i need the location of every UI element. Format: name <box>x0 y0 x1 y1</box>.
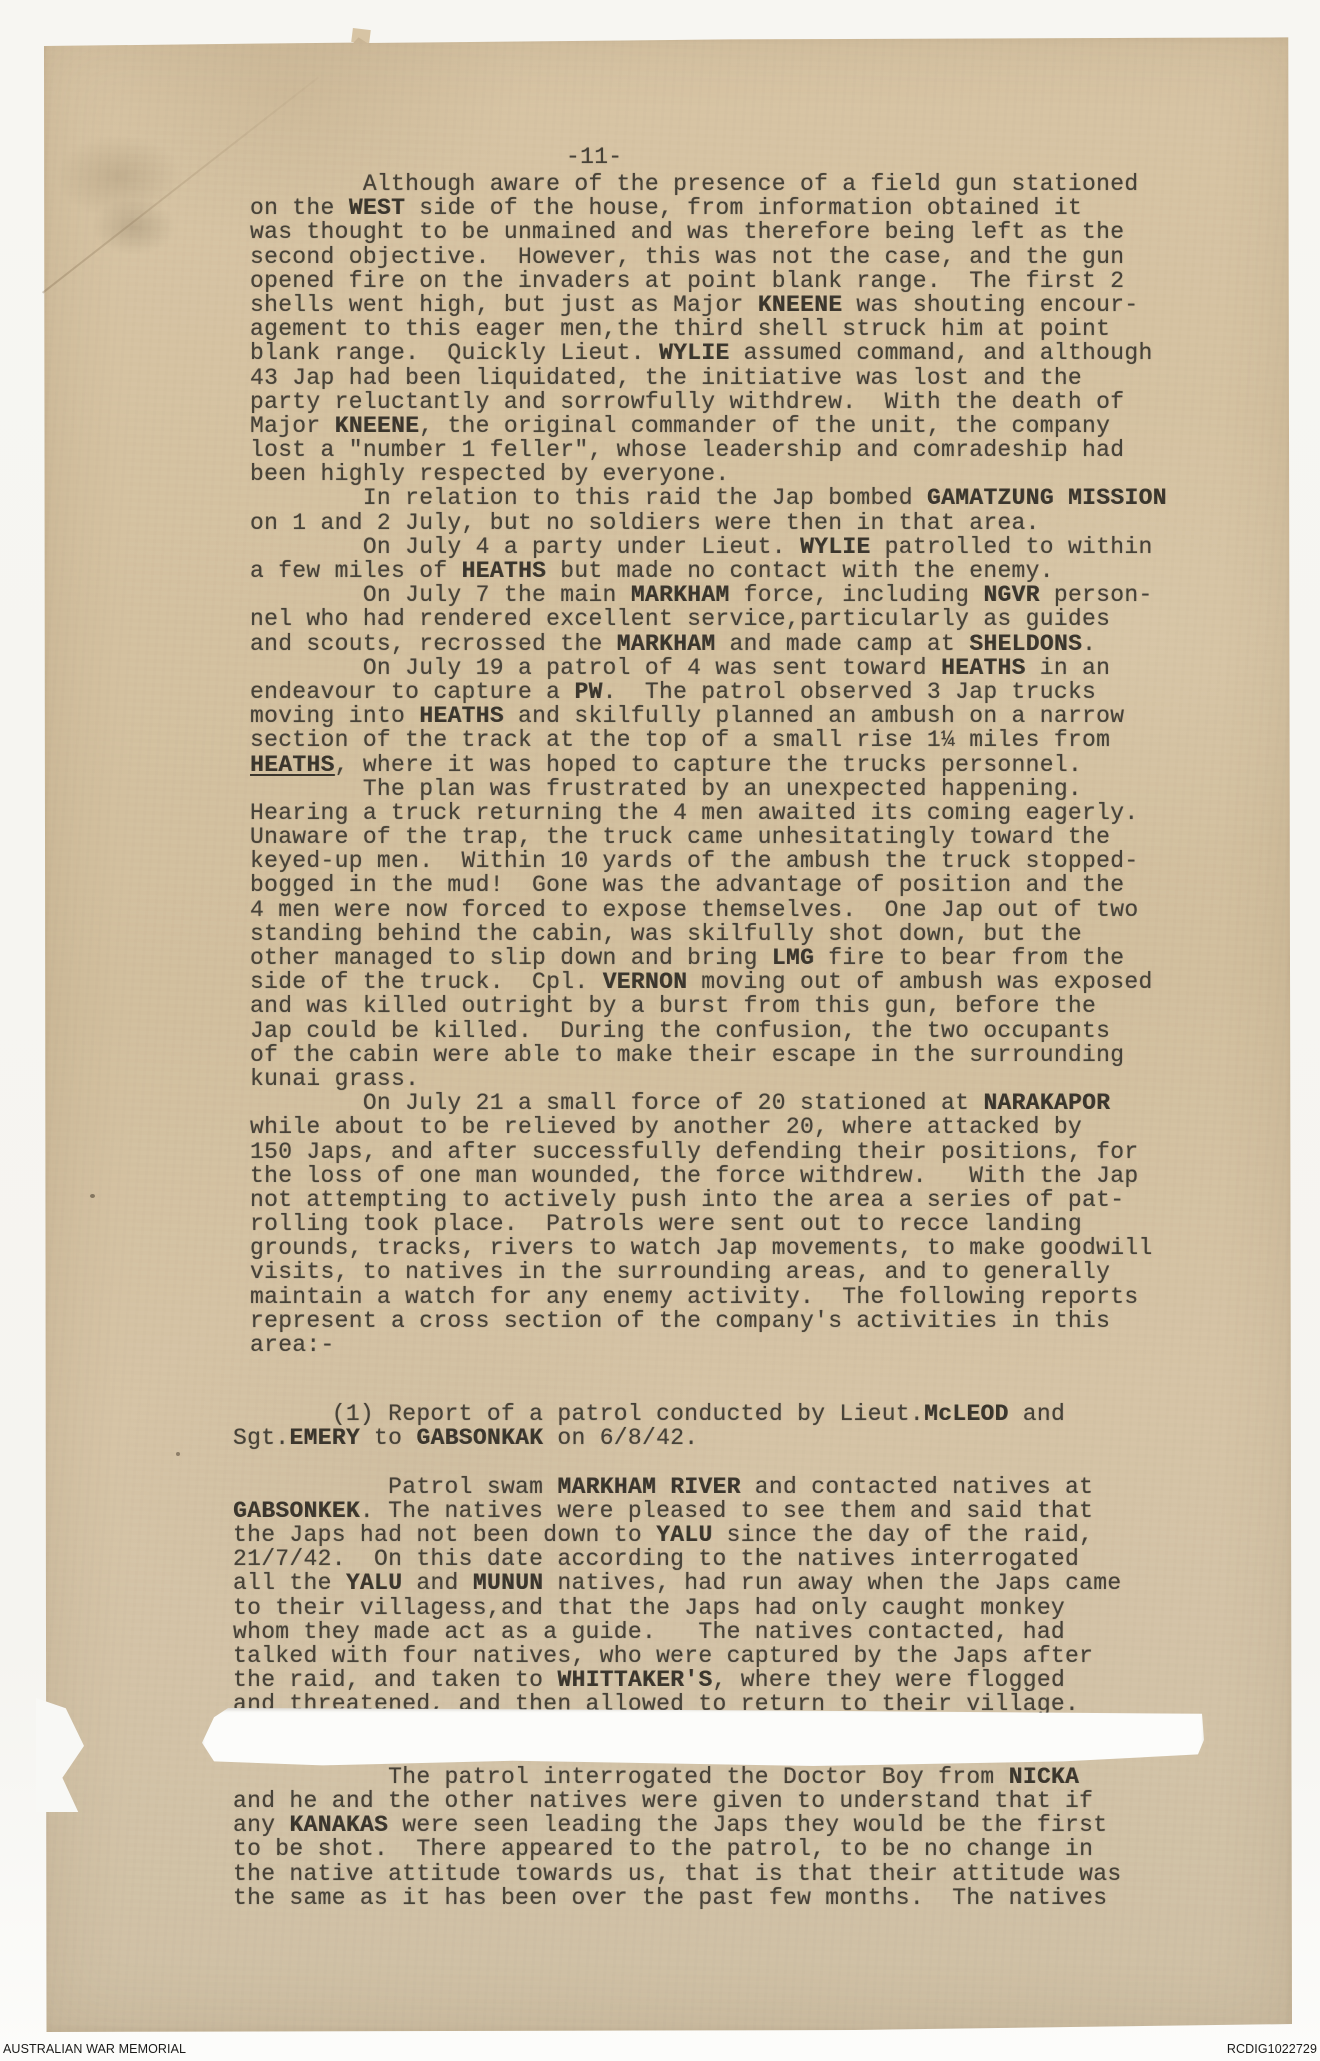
text-line: opened fire on the invaders at point bla… <box>250 269 1167 293</box>
text-line: talked with four natives, who were captu… <box>233 1644 1121 1668</box>
text-line: maintain a watch for any enemy activity.… <box>250 1285 1167 1309</box>
text-line: section of the track at the top of a sma… <box>250 728 1167 752</box>
text-line: Hearing a truck returning the 4 men awai… <box>250 801 1167 825</box>
text-line: the same as it has been over the past fe… <box>233 1886 1121 1910</box>
text-line <box>233 1450 1121 1474</box>
text-line: visits, to natives in the surrounding ar… <box>250 1260 1167 1284</box>
text-line: rolling took place. Patrols were sent ou… <box>250 1212 1167 1236</box>
text-line: Although aware of the presence of a fiel… <box>250 172 1167 196</box>
text-line: whom they made act as a guide. The nativ… <box>233 1620 1121 1644</box>
text-line: Jap could be killed. During the confusio… <box>250 1019 1167 1043</box>
text-line: second objective. However, this was not … <box>250 245 1167 269</box>
text-line: HEATHS, where it was hoped to capture th… <box>250 753 1167 777</box>
text-line: Major KNEENE, the original commander of … <box>250 414 1167 438</box>
text-line: endeavour to capture a PW. The patrol ob… <box>250 680 1167 704</box>
paper-stain <box>176 1452 180 1456</box>
document-scan: -11- Although aware of the presence of a… <box>0 0 1320 2061</box>
text-line: the native attitude towards us, that is … <box>233 1862 1121 1886</box>
text-line: On July 19 a patrol of 4 was sent toward… <box>250 656 1167 680</box>
text-line: nel who had rendered excellent service,p… <box>250 607 1167 631</box>
text-line: while about to be relieved by another 20… <box>250 1115 1167 1139</box>
text-line: the raid, and taken to WHITTAKER'S, wher… <box>233 1668 1121 1692</box>
text-line: all the YALU and MUNUN natives, had run … <box>233 1571 1121 1595</box>
text-line: other managed to slip down and bring LMG… <box>250 946 1167 970</box>
text-line: shells went high, but just as Major KNEE… <box>250 293 1167 317</box>
text-line: on 1 and 2 July, but no soldiers were th… <box>250 511 1167 535</box>
text-line: bogged in the mud! Gone was the advantag… <box>250 873 1167 897</box>
text-line: and was killed outright by a burst from … <box>250 994 1167 1018</box>
paper-stain <box>90 1194 95 1198</box>
text-line: moving into HEATHS and skilfully planned… <box>250 704 1167 728</box>
correction-strip <box>202 1708 1204 1766</box>
text-line: grounds, tracks, rivers to watch Jap mov… <box>250 1236 1167 1260</box>
text-line: The plan was frustrated by an unexpected… <box>250 777 1167 801</box>
text-line: GABSONKEK. The natives were pleased to s… <box>233 1499 1121 1523</box>
text-line: and he and the other natives were given … <box>233 1789 1121 1813</box>
text-line: on the WEST side of the house, from info… <box>250 196 1167 220</box>
text-line: keyed-up men. Within 10 yards of the amb… <box>250 849 1167 873</box>
text-line: 21/7/42. On this date according to the n… <box>233 1547 1121 1571</box>
patrol-report-text: (1) Report of a patrol conducted by Lieu… <box>233 1402 1121 1910</box>
archive-watermark: AUSTRALIAN WAR MEMORIAL <box>3 2042 186 2056</box>
text-line: represent a cross section of the company… <box>250 1309 1167 1333</box>
text-line: area:- <box>250 1333 1167 1357</box>
archive-reference: RCDIG1022729 <box>1227 2042 1317 2056</box>
text-line: of the cabin were able to make their esc… <box>250 1043 1167 1067</box>
text-line: kunai grass. <box>250 1067 1167 1091</box>
text-line: On July 4 a party under Lieut. WYLIE pat… <box>250 535 1167 559</box>
text-line: standing behind the cabin, was skilfully… <box>250 922 1167 946</box>
text-line: Patrol swam MARKHAM RIVER and contacted … <box>233 1475 1121 1499</box>
text-line: not attempting to actively push into the… <box>250 1188 1167 1212</box>
text-line: agement to this eager men,the third shel… <box>250 317 1167 341</box>
text-line: the loss of one man wounded, the force w… <box>250 1164 1167 1188</box>
page-number: -11- <box>566 144 622 170</box>
text-line: The patrol interrogated the Doctor Boy f… <box>233 1765 1121 1789</box>
text-line: 4 men were now forced to expose themselv… <box>250 898 1167 922</box>
text-line: lost a "number 1 feller", whose leadersh… <box>250 438 1167 462</box>
text-line: Sgt.EMERY to GABSONKAK on 6/8/42. <box>233 1426 1121 1450</box>
text-line: On July 7 the main MARKHAM force, includ… <box>250 583 1167 607</box>
text-line: blank range. Quickly Lieut. WYLIE assume… <box>250 341 1167 365</box>
text-line: to their villagess,and that the Japs had… <box>233 1596 1121 1620</box>
text-line: a few miles of HEATHS but made no contac… <box>250 559 1167 583</box>
text-line: was thought to be unmained and was there… <box>250 220 1167 244</box>
text-line: the Japs had not been down to YALU since… <box>233 1523 1121 1547</box>
text-line: been highly respected by everyone. <box>250 462 1167 486</box>
text-line: 43 Jap had been liquidated, the initiati… <box>250 366 1167 390</box>
text-line: On July 21 a small force of 20 stationed… <box>250 1091 1167 1115</box>
text-line: Unaware of the trap, the truck came unhe… <box>250 825 1167 849</box>
text-line: party reluctantly and sorrowfully withdr… <box>250 390 1167 414</box>
text-line: side of the truck. Cpl. VERNON moving ou… <box>250 970 1167 994</box>
text-line: 150 Japs, and after successfully defendi… <box>250 1140 1167 1164</box>
text-line: (1) Report of a patrol conducted by Lieu… <box>233 1402 1121 1426</box>
text-line: and scouts, recrossed the MARKHAM and ma… <box>250 632 1167 656</box>
text-line: to be shot. There appeared to the patrol… <box>233 1837 1121 1861</box>
body-text: Although aware of the presence of a fiel… <box>250 172 1167 1357</box>
text-line: any KANAKAS were seen leading the Japs t… <box>233 1813 1121 1837</box>
text-line: In relation to this raid the Jap bombed … <box>250 486 1167 510</box>
